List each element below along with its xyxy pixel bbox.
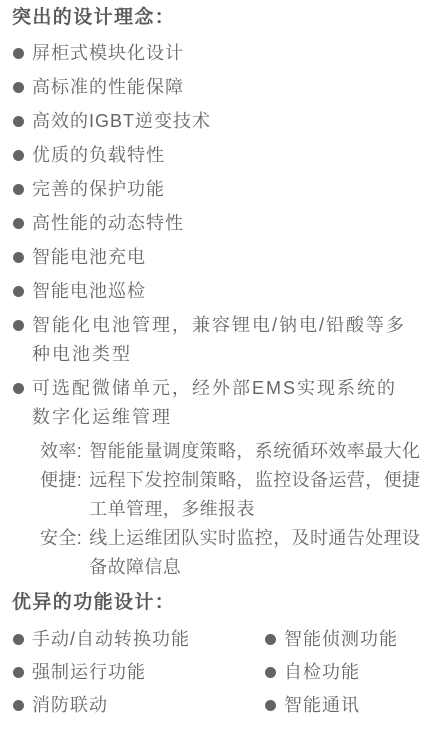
list-item-label: 自检功能 [284,658,360,687]
list-item: 消防联动 [12,691,264,720]
bullet-icon [265,700,276,711]
list-item: 可选配微储单元，经外部EMS实现系统的 数字化运维管理 [12,374,443,432]
detail-text: 线上运维团队实时监控，及时通告处理设 备故障信息 [89,524,420,582]
detail-text: 远程下发控制策略，监控设备运营，便捷 工单管理，多维报表 [89,466,420,524]
detail-row-efficiency: 效率: 智能能量调度策略，系统循环效率最大化 [40,437,443,466]
bullet-icon [265,634,276,645]
list-item: 智能电池巡检 [12,277,443,306]
list-item-label: 智能电池充电 [32,243,146,272]
function-design-list: 手动/自动转换功能 智能侦测功能 强制运行功能 自检功能 消防联动 智能通讯 [12,625,443,720]
detail-text: 智能能量调度策略，系统循环效率最大化 [89,437,420,466]
list-item: 自检功能 [264,658,443,687]
list-item: 手动/自动转换功能 [12,625,264,654]
list-item: 智能化电池管理，兼容锂电/钠电/铅酸等多 种电池类型 [12,311,443,369]
list-item-label: 手动/自动转换功能 [32,625,190,654]
list-item: 优质的负载特性 [12,141,443,170]
function-design-heading: 优异的功能设计： [12,588,443,617]
design-concepts-heading: 突出的设计理念： [12,3,443,32]
list-item: 智能通讯 [264,691,443,720]
bullet-icon [265,667,276,678]
list-item: 智能侦测功能 [264,625,443,654]
bullet-icon [13,82,24,93]
list-item-label: 可选配微储单元，经外部EMS实现系统的 数字化运维管理 [32,374,397,432]
detail-row-convenience: 便捷: 远程下发控制策略，监控设备运营，便捷 工单管理，多维报表 [40,466,443,524]
list-item-label: 智能通讯 [284,691,360,720]
ems-detail-list: 效率: 智能能量调度策略，系统循环效率最大化 便捷: 远程下发控制策略，监控设备… [40,437,443,582]
list-item-label: 智能侦测功能 [284,625,398,654]
list-item-label: 高效的IGBT逆变技术 [32,107,211,136]
bullet-icon [13,218,24,229]
bullet-icon [13,700,24,711]
list-item: 完善的保护功能 [12,175,443,204]
list-item: 智能电池充电 [12,243,443,272]
bullet-icon [13,383,24,394]
detail-label: 便捷: [40,466,89,495]
list-item: 屏柜式模块化设计 [12,39,443,68]
list-item-label: 智能化电池管理，兼容锂电/钠电/铅酸等多 种电池类型 [32,311,406,369]
list-item-label: 高性能的动态特性 [32,209,184,238]
detail-label: 安全: [40,524,89,553]
bullet-icon [13,320,24,331]
list-item-label: 高标准的性能保障 [32,73,184,102]
list-item-label: 消防联动 [32,691,108,720]
list-item: 强制运行功能 [12,658,264,687]
design-concepts-list: 屏柜式模块化设计 高标准的性能保障 高效的IGBT逆变技术 优质的负载特性 完善… [12,39,443,432]
bullet-icon [13,252,24,263]
bullet-icon [13,667,24,678]
list-item-label: 屏柜式模块化设计 [32,39,184,68]
bullet-icon [13,116,24,127]
list-item-label: 强制运行功能 [32,658,146,687]
list-item: 高标准的性能保障 [12,73,443,102]
list-item: 高效的IGBT逆变技术 [12,107,443,136]
list-item-label: 优质的负载特性 [32,141,165,170]
bullet-icon [13,150,24,161]
bullet-icon [13,48,24,59]
bullet-icon [13,286,24,297]
document-page: 突出的设计理念： 屏柜式模块化设计 高标准的性能保障 高效的IGBT逆变技术 优… [0,0,443,737]
detail-row-safety: 安全: 线上运维团队实时监控，及时通告处理设 备故障信息 [40,524,443,582]
bullet-icon [13,634,24,645]
list-item: 高性能的动态特性 [12,209,443,238]
list-item-label: 智能电池巡检 [32,277,146,306]
list-item-label: 完善的保护功能 [32,175,165,204]
bullet-icon [13,184,24,195]
detail-label: 效率: [40,437,89,466]
